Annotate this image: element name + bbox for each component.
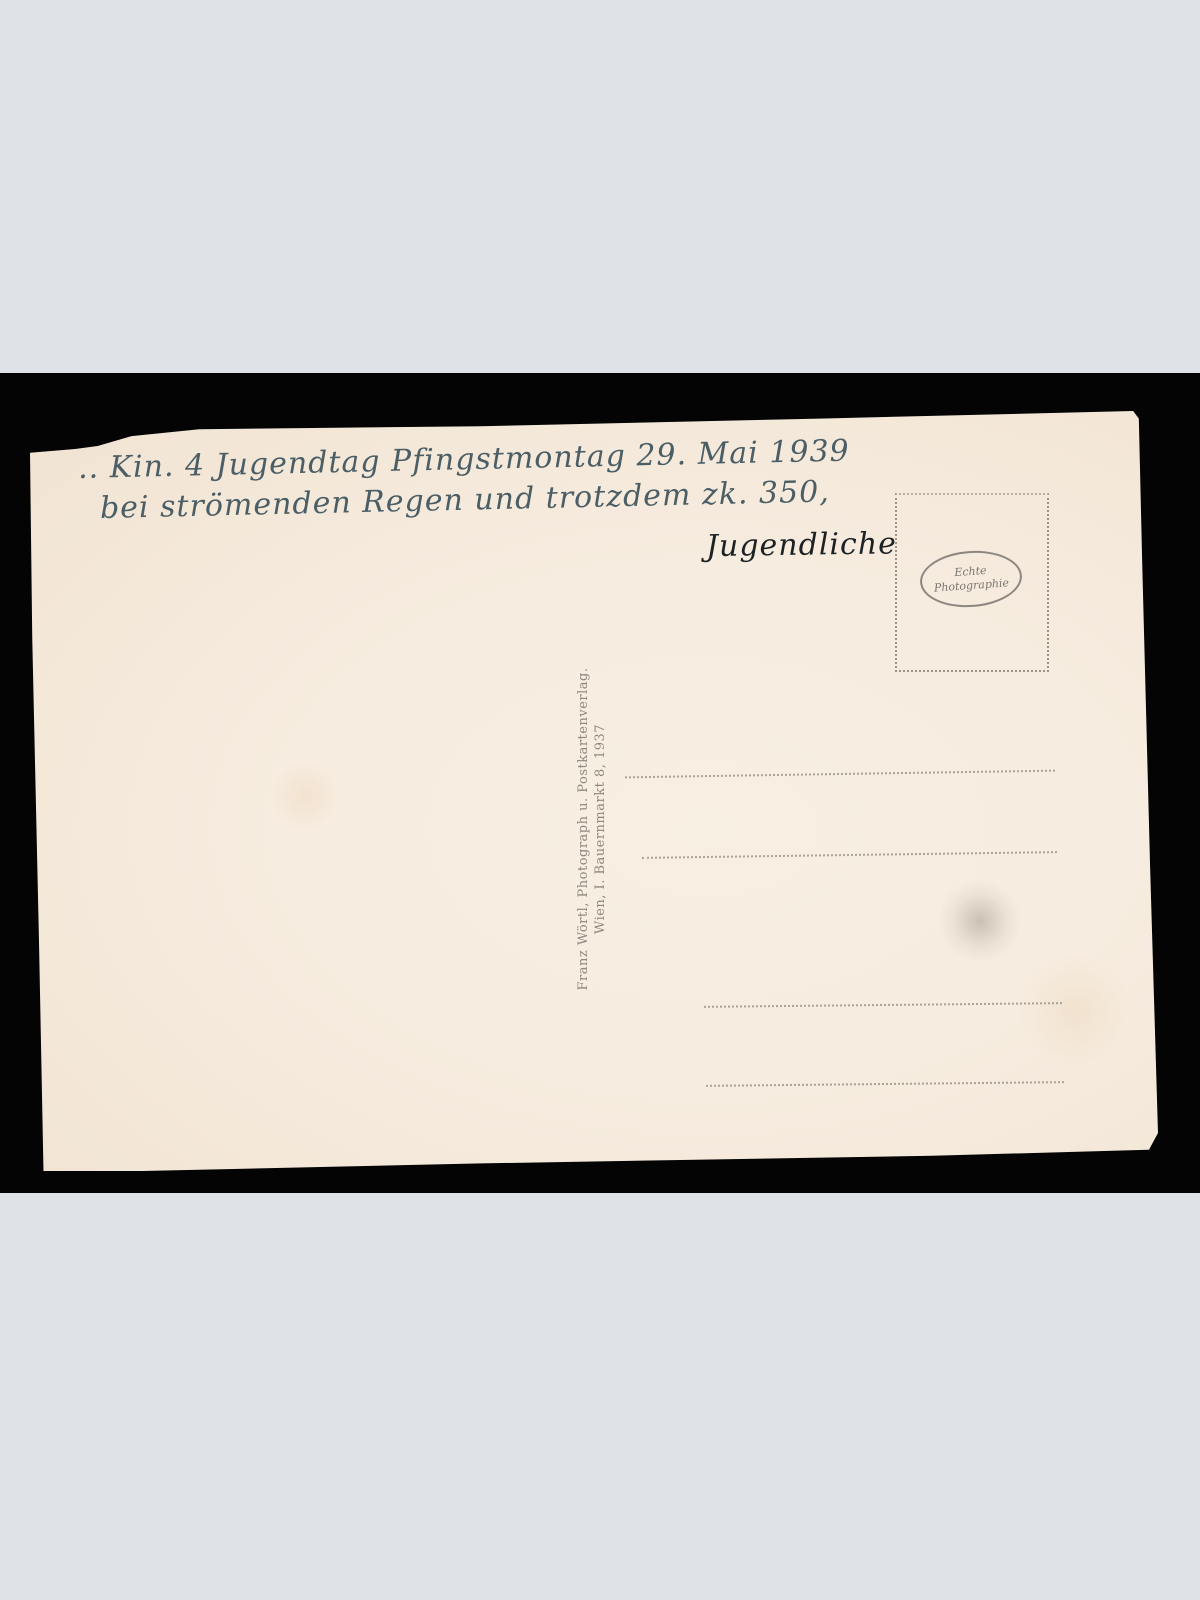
address-line-1 [625, 770, 1055, 779]
postcard-photo: .. Kin. 4 Jugendtag Pfingstmontag 29. Ma… [0, 373, 1200, 1193]
address-line-4 [706, 1081, 1064, 1087]
imprint-line-1: Franz Wörtl, Photograph u. Postkartenver… [575, 629, 592, 1029]
publisher-imprint: Franz Wörtl, Photograph u. Postkartenver… [575, 629, 615, 1029]
address-line-2 [642, 851, 1057, 859]
water-stain [1020, 951, 1130, 1071]
address-line-3 [704, 1002, 1062, 1008]
handwritten-line-3: Jugendliche [706, 526, 897, 564]
foxing-spot [270, 761, 340, 831]
postcard-back: .. Kin. 4 Jugendtag Pfingstmontag 29. Ma… [30, 411, 1158, 1171]
stain-mark [935, 881, 1025, 961]
imprint-line-2: Wien, I. Bauernmarkt 8, 1937 [592, 629, 609, 1029]
